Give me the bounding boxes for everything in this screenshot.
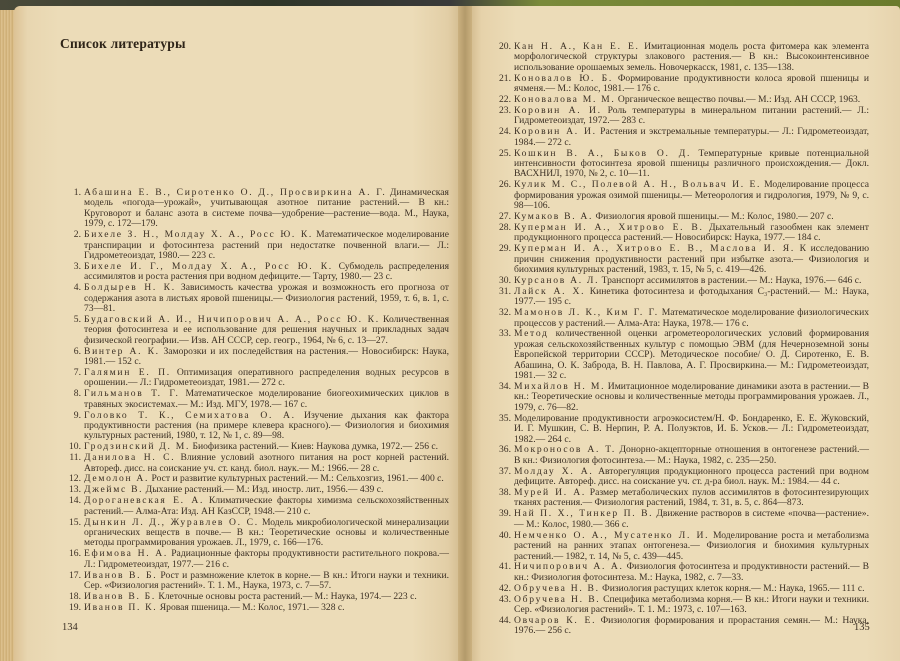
reference-list-left: 1.Абашина Е. В., Сиротенко О. Д., Просви…: [66, 188, 449, 614]
reference-author: Демолон А.: [84, 473, 149, 484]
reference-item: 28.Куперман И. А., Хитрово Е. В. Дыхател…: [496, 223, 869, 244]
reference-item: 25.Кошкин В. А., Быков О. Д. Температурн…: [496, 149, 869, 180]
reference-item: 13.Джеймс В. Дыхание растений.— М.: Изд.…: [66, 485, 449, 495]
reference-author: Овчаров К. Е.: [514, 615, 596, 626]
reference-item: 6.Винтер А. К. Заморозки и их последейст…: [66, 347, 449, 368]
reference-author: Лайск А. Х.: [514, 286, 585, 297]
reference-number: 13.: [66, 485, 81, 495]
reference-author: Метод: [514, 328, 549, 339]
reference-item: 11.Данилова Н. С. Влияние условий азотно…: [66, 453, 449, 474]
reference-number: 39.: [496, 509, 511, 519]
reference-author: Курсанов А. Л.: [514, 275, 599, 286]
reference-author: Будаговский А. И., Ничипорович А. А., Ро…: [84, 314, 380, 325]
reference-item: 17.Иванов В. Б. Рост и размножение клето…: [66, 571, 449, 592]
reference-item: 37.Молдау Х. А. Авторегуляция продукцион…: [496, 467, 869, 488]
reference-number: 1.: [66, 188, 81, 198]
reference-author: Бихеле И. Г., Молдау Х. А., Росс Ю. К.: [84, 261, 333, 272]
reference-number: 44.: [496, 616, 511, 626]
reference-item: 7.Галямин Е. П. Оптимизация оперативного…: [66, 368, 449, 389]
reference-number: 11.: [66, 453, 81, 463]
reference-list-right: 20.Кан Н. А., Кан Е. Е. Имитационная мод…: [496, 42, 869, 637]
reference-item: 12.Демолон А. Рост и развитие культурных…: [66, 474, 449, 484]
reference-author: Гильманов Т. Г.: [84, 388, 180, 399]
reference-item: 31.Лайск А. Х. Кинетика фотосинтеза и фо…: [496, 287, 869, 308]
reference-item: 10.Гродзинский Д. М. Биофизика растений.…: [66, 442, 449, 452]
reference-number: 12.: [66, 474, 81, 484]
reference-number: 22.: [496, 95, 511, 105]
reference-text: Органическое вещество почвы.— М.: Изд. А…: [616, 94, 861, 105]
reference-item: 40.Немченко О. А., Мусатенко Л. И. Модел…: [496, 531, 869, 562]
reference-item: 41.Ничипорович А. А. Физиология фотосинт…: [496, 562, 869, 583]
reference-number: 36.: [496, 445, 511, 455]
reference-author: Най П. Х., Тинкер П. В.: [514, 508, 653, 519]
reference-author: Обручева Н. В.: [514, 583, 600, 594]
page-number-left: 134: [62, 622, 78, 633]
reference-number: 29.: [496, 244, 511, 254]
reference-text: Клеточные основы роста растений.— М.: На…: [156, 591, 417, 602]
reference-item: 44.Овчаров К. Е. Физиология формирования…: [496, 616, 869, 637]
reference-item: 19.Иванов П. К. Яровая пшеница.— М.: Кол…: [66, 603, 449, 613]
reference-author: Коновалова М. М.: [514, 94, 616, 105]
reference-number: 41.: [496, 562, 511, 572]
reference-number: 14.: [66, 496, 81, 506]
reference-author: Куперман И. А., Хитрово Е. В.: [514, 222, 704, 233]
reference-author: Абашина Е. В., Сиротенко О. Д., Просвирк…: [84, 187, 387, 198]
reference-author: Джеймс В.: [84, 484, 143, 495]
reference-number: 9.: [66, 411, 81, 421]
reference-text: Транспорт ассимилятов в растении.— М.: Н…: [599, 275, 861, 286]
reference-item: 18.Иванов В. Б. Клеточные основы роста р…: [66, 592, 449, 602]
reference-author: Галямин Е. П.: [84, 367, 171, 378]
reference-author: Бихеле З. Н., Молдау Х. А., Росс Ю. К.: [84, 229, 313, 240]
reference-item: 29.Куперман И. А., Хитрово Е. В., Маслов…: [496, 244, 869, 275]
reference-author: Обручева Н. В.: [514, 594, 600, 605]
reference-number: 27.: [496, 212, 511, 222]
reference-item: 35.Моделирование продуктивности агроэкос…: [496, 414, 869, 445]
reference-item: 27.Кумаков В. А. Физиология яровой пшени…: [496, 212, 869, 222]
reference-text: Моделирование продуктивности агроэкосист…: [514, 413, 869, 445]
reference-item: 21.Коновалов Ю. Б. Формирование продукти…: [496, 74, 869, 95]
reference-author: Кулик М. С., Полевой А. Н., Вольвач И. Е…: [514, 179, 761, 190]
reference-author: Мурей И. А.: [514, 487, 586, 498]
reference-item: 34.Михайлов Н. М. Имитационное моделиров…: [496, 382, 869, 413]
reference-text: Дыхание растений.— М.: Изд. иностр. лит.…: [143, 484, 383, 495]
reference-author: Коновалов Ю. Б.: [514, 73, 613, 84]
reference-author: Кумаков В. А.: [514, 211, 593, 222]
reference-author: Головко Т. К., Семихатова О. А.: [84, 410, 296, 421]
reference-item: 43.Обручева Н. В. Специфика метаболизма …: [496, 595, 869, 616]
reference-author: Мамонов Л. К., Ким Г. Г.: [514, 307, 659, 318]
reference-author: Кан Н. А., Кан Е. Е.: [514, 41, 640, 52]
reference-number: 24.: [496, 127, 511, 137]
reference-number: 5.: [66, 315, 81, 325]
reference-number: 17.: [66, 571, 81, 581]
reference-item: 9.Головко Т. К., Семихатова О. А. Изучен…: [66, 411, 449, 442]
reference-author: Коровин А. И.: [514, 105, 602, 116]
reference-number: 31.: [496, 287, 511, 297]
reference-text: Физиология растущих клеток корня.— М.: Н…: [600, 583, 865, 594]
reference-author: Кошкин В. А., Быков О. Д.: [514, 148, 691, 159]
reference-author: Куперман И. А., Хитрово Е. В., Маслова И…: [514, 243, 795, 254]
reference-item: 8.Гильманов Т. Г. Математическое моделир…: [66, 389, 449, 410]
reference-item: 2.Бихеле З. Н., Молдау Х. А., Росс Ю. К.…: [66, 230, 449, 261]
reference-number: 30.: [496, 276, 511, 286]
reference-number: 42.: [496, 584, 511, 594]
reference-author: Гродзинский Д. М.: [84, 441, 190, 452]
reference-text: Физиология яровой пшеницы.— М.: Колос, 1…: [593, 211, 833, 222]
reference-number: 15.: [66, 518, 81, 528]
page-title: Список литературы: [60, 36, 186, 52]
reference-number: 20.: [496, 42, 511, 52]
reference-author: Иванов П. К.: [84, 602, 157, 613]
reference-author: Михайлов Н. М.: [514, 381, 605, 392]
reference-author: Немченко О. А., Мусатенко Л. И.: [514, 530, 709, 541]
reference-item: 16.Ефимова Н. А. Радиационные факторы пр…: [66, 549, 449, 570]
reference-text: Рост и развитие культурных растений.— М.…: [149, 473, 444, 484]
reference-text: количественной оценки агрометеорологичес…: [514, 328, 869, 381]
reference-text: Яровая пшеница.— М.: Колос, 1971.— 328 с…: [157, 602, 344, 613]
reference-author: Дороганевская Е. А.: [84, 495, 204, 506]
reference-number: 18.: [66, 592, 81, 602]
reference-number: 8.: [66, 389, 81, 399]
reference-number: 10.: [66, 442, 81, 452]
reference-item: 5.Будаговский А. И., Ничипорович А. А., …: [66, 315, 449, 346]
reference-author: Молдау Х. А.: [514, 466, 593, 477]
reference-author: Коровин А. И.: [514, 126, 597, 137]
reference-item: 14.Дороганевская Е. А. Климатические фак…: [66, 496, 449, 517]
reference-number: 4.: [66, 283, 81, 293]
reference-author: Ничипорович А. А.: [514, 561, 624, 572]
reference-author: Винтер А. К.: [84, 346, 160, 357]
reference-item: 38.Мурей И. А. Размер метаболических пул…: [496, 488, 869, 509]
reference-item: 3.Бихеле И. Г., Молдау Х. А., Росс Ю. К.…: [66, 262, 449, 283]
reference-number: 7.: [66, 368, 81, 378]
reference-author: Данилова Н. С.: [84, 452, 175, 463]
page-number-right: 135: [854, 622, 870, 633]
reference-number: 35.: [496, 414, 511, 424]
reference-item: 42.Обручева Н. В. Физиология растущих кл…: [496, 584, 869, 594]
reference-item: 4.Болдырев Н. К. Зависимость качества ур…: [66, 283, 449, 314]
reference-text: Биофизика растений.— Киев: Наукова думка…: [190, 441, 438, 452]
reference-number: 37.: [496, 467, 511, 477]
reference-number: 26.: [496, 180, 511, 190]
book-gutter: [458, 6, 472, 661]
reference-number: 6.: [66, 347, 81, 357]
reference-item: 32.Мамонов Л. К., Ким Г. Г. Математическ…: [496, 308, 869, 329]
reference-item: 24.Коровин А. И. Растения и экстремальны…: [496, 127, 869, 148]
reference-item: 33.Метод количественной оценки агрометео…: [496, 329, 869, 381]
reference-item: 36.Мокроносов А. Т. Донорно-акцепторные …: [496, 445, 869, 466]
reference-number: 2.: [66, 230, 81, 240]
reference-number: 28.: [496, 223, 511, 233]
reference-author: Иванов В. Б.: [84, 591, 156, 602]
reference-number: 43.: [496, 595, 511, 605]
reference-number: 16.: [66, 549, 81, 559]
reference-item: 1.Абашина Е. В., Сиротенко О. Д., Просви…: [66, 188, 449, 230]
reference-number: 23.: [496, 106, 511, 116]
reference-number: 25.: [496, 149, 511, 159]
reference-number: 40.: [496, 531, 511, 541]
reference-number: 38.: [496, 488, 511, 498]
reference-item: 26.Кулик М. С., Полевой А. Н., Вольвач И…: [496, 180, 869, 211]
reference-author: Иванов В. Б.: [84, 570, 157, 581]
reference-item: 39.Най П. Х., Тинкер П. В. Движение раст…: [496, 509, 869, 530]
reference-number: 21.: [496, 74, 511, 84]
reference-item: 30.Курсанов А. Л. Транспорт ассимилятов …: [496, 276, 869, 286]
reference-number: 34.: [496, 382, 511, 392]
reference-number: 32.: [496, 308, 511, 318]
reference-author: Болдырев Н. К.: [84, 282, 176, 293]
reference-author: Мокроносов А. Т.: [514, 444, 616, 455]
reference-item: 20.Кан Н. А., Кан Е. Е. Имитационная мод…: [496, 42, 869, 73]
reference-number: 33.: [496, 329, 511, 339]
reference-item: 22.Коновалова М. М. Органическое веществ…: [496, 95, 869, 105]
reference-number: 19.: [66, 603, 81, 613]
reference-author: Дынкин Л. Д., Журавлев О. С.: [84, 517, 259, 528]
reference-number: 3.: [66, 262, 81, 272]
reference-author: Ефимова Н. А.: [84, 548, 168, 559]
reference-item: 23.Коровин А. И. Роль температуры в мине…: [496, 106, 869, 127]
reference-item: 15.Дынкин Л. Д., Журавлев О. С. Модель м…: [66, 518, 449, 549]
